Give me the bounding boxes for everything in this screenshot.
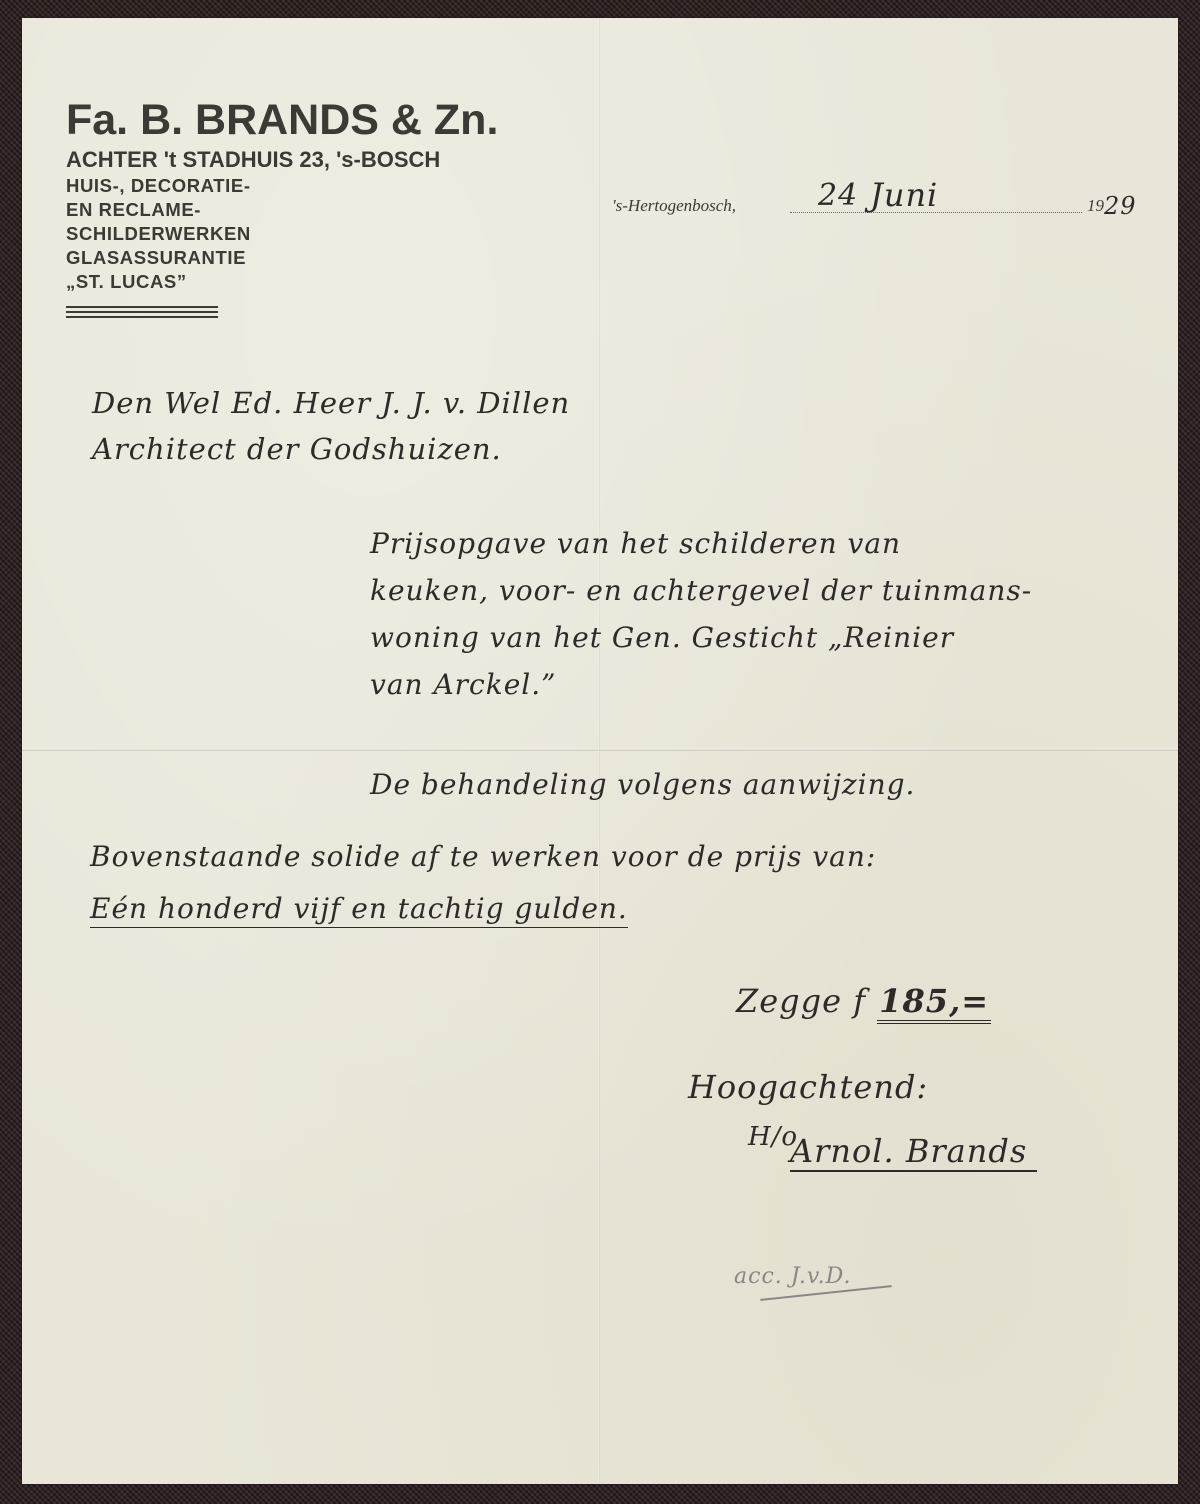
total-line: Zegge f 185,= bbox=[736, 982, 991, 1020]
body-paragraph-2: De behandeling volgens aanwijzing. bbox=[370, 768, 915, 801]
service-line: HUIS-, DECORATIE- bbox=[66, 174, 498, 198]
service-line: SCHILDERWERKEN bbox=[66, 222, 498, 246]
addressee-line-2: Architect der Godshuizen. bbox=[92, 432, 502, 466]
date-day: 24 bbox=[818, 178, 858, 213]
addressee-line-1: Den Wel Ed. Heer J. J. v. Dillen bbox=[92, 386, 570, 420]
body-paragraph-1: Prijsopgave van het schilderen van keuke… bbox=[370, 520, 1032, 708]
body-line: keuken, voor- en achtergevel der tuinman… bbox=[370, 567, 1032, 614]
total-amount: 185,= bbox=[877, 982, 991, 1024]
amount-in-words: Eén honderd vijf en tachtig gulden. bbox=[90, 892, 628, 928]
service-line: „ST. LUCAS” bbox=[66, 270, 498, 294]
place-name: 's-Hertogenbosch, bbox=[612, 196, 736, 216]
date-year-suffix: 29 bbox=[1104, 192, 1137, 220]
company-address: ACHTER 't STADHUIS 23, 's-BOSCH bbox=[66, 146, 498, 174]
currency-symbol: f bbox=[853, 982, 866, 1020]
year-century: 19 bbox=[1087, 196, 1104, 216]
vertical-fold-line bbox=[598, 18, 600, 1484]
letterhead-rule-lines bbox=[66, 306, 218, 318]
body-line: Prijsopgave van het schilderen van bbox=[370, 520, 1032, 567]
signature: Arnol. Brands bbox=[790, 1132, 1037, 1172]
dateline: 's-Hertogenbosch, 19 bbox=[612, 190, 1122, 220]
letterhead: Fa. B. BRANDS & Zn. ACHTER 't STADHUIS 2… bbox=[66, 96, 498, 321]
company-name: Fa. B. BRANDS & Zn. bbox=[66, 96, 498, 144]
body-line: woning van het Gen. Gesticht „Reinier bbox=[370, 614, 1032, 661]
pencil-annotation: acc. J.v.D. bbox=[734, 1264, 852, 1289]
closing-salutation: Hoogachtend: bbox=[688, 1068, 928, 1106]
service-line: GLASASSURANTIE bbox=[66, 246, 498, 270]
body-paragraph-3-line-2: Eén honderd vijf en tachtig gulden. bbox=[90, 892, 628, 925]
body-line: van Arckel.” bbox=[370, 661, 1032, 708]
horizontal-fold-line bbox=[22, 748, 1178, 751]
total-label: Zegge bbox=[736, 982, 842, 1020]
body-paragraph-3-line-1: Bovenstaande solide af te werken voor de… bbox=[90, 840, 876, 873]
service-line: EN RECLAME- bbox=[66, 198, 498, 222]
date-month: Juni bbox=[870, 176, 938, 214]
